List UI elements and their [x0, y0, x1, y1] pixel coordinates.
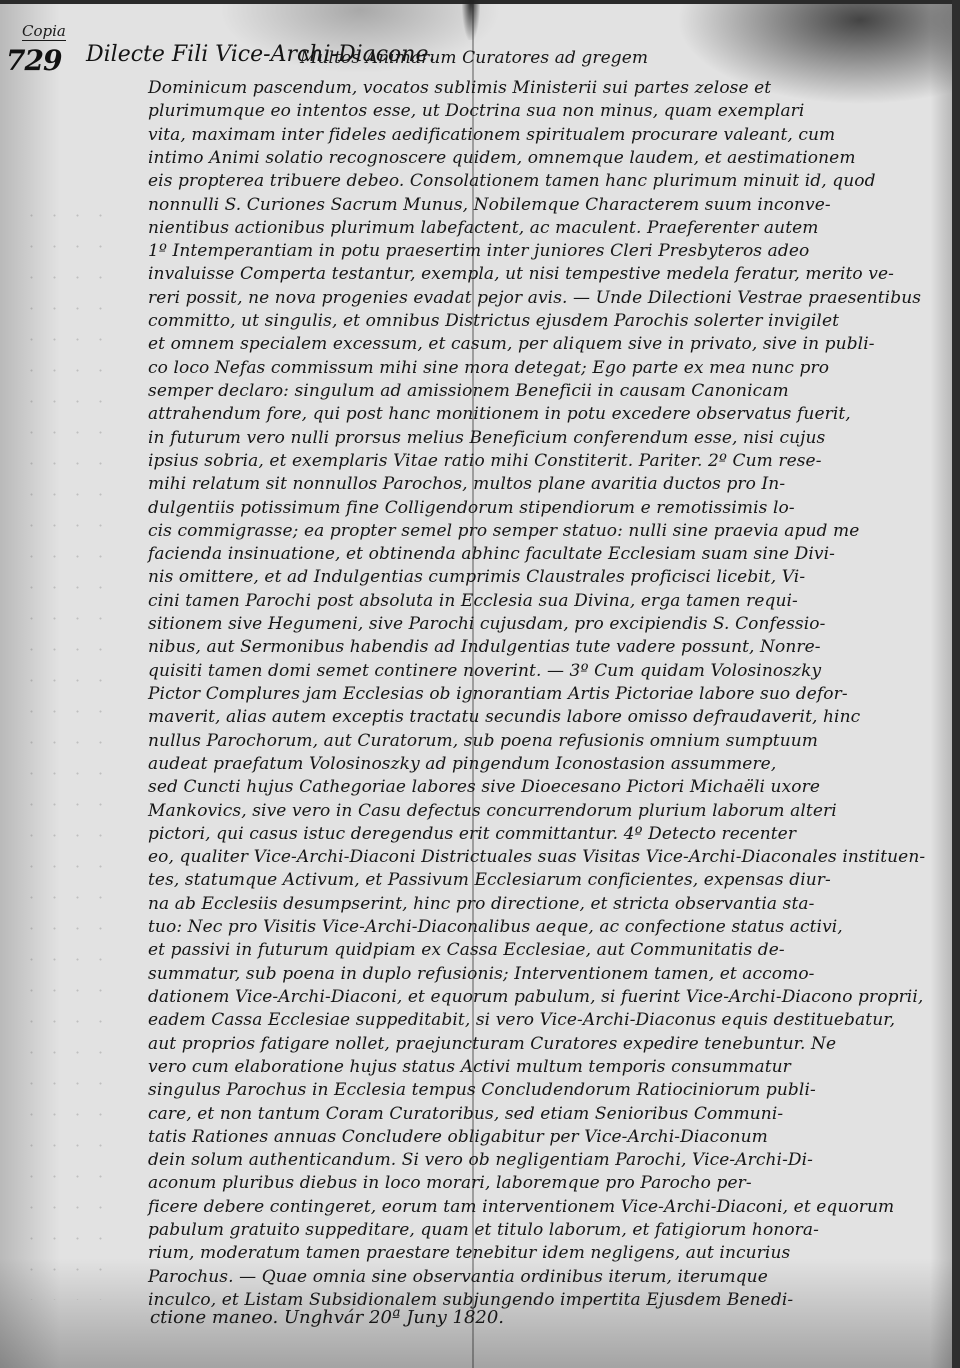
text-line: na ab Ecclesiis desumpserint, hinc pro d… [148, 894, 938, 914]
text-line: attrahendum fore, qui post hanc monition… [148, 404, 938, 424]
copia-label: Copia [22, 22, 66, 41]
manuscript-page: Copia 729 Dilecte Fili Vice-Archi-Diacon… [0, 0, 960, 1368]
text-line: ficere debere contingeret, eorum tam int… [148, 1197, 938, 1217]
closing-text: ctione maneo. Unghvár [150, 1307, 363, 1328]
text-line: tatis Rationes annuas Concludere obligab… [148, 1127, 938, 1147]
text-line: et passivi in futurum quidpiam ex Cassa … [148, 940, 938, 960]
closing-date: 20ª Juny 1820. [369, 1307, 504, 1328]
text-line: eadem Cassa Ecclesiae suppeditabit, si v… [148, 1010, 938, 1030]
closing-line: ctione maneo. Unghvár 20ª Juny 1820. [150, 1307, 504, 1328]
text-line: sed Cuncti hujus Cathegoriae labores siv… [148, 777, 938, 797]
text-line: committo, ut singulis, et omnibus Distri… [148, 311, 938, 331]
text-line: mihi relatum sit nonnullos Parochos, mul… [148, 474, 938, 494]
text-line: cini tamen Parochi post absoluta in Eccl… [148, 591, 938, 611]
text-line: in futurum vero nulli prorsus melius Ben… [148, 428, 938, 448]
text-line: nonnulli S. Curiones Sacrum Munus, Nobil… [148, 195, 938, 215]
text-line: reri possit, ne nova progenies evadat pe… [148, 288, 938, 308]
text-line: dationem Vice-Archi-Diaconi, et equorum … [148, 987, 938, 1007]
text-line: nibus, aut Sermonibus habendis ad Indulg… [148, 637, 938, 657]
document-number: 729 [6, 44, 61, 77]
text-line: pictori, qui casus istuc deregendus erit… [148, 824, 938, 844]
text-line: facienda insinuatione, et obtinenda abhi… [148, 544, 938, 564]
text-line: sitionem sive Hegumeni, sive Parochi cuj… [148, 614, 938, 634]
text-line: Mankovics, sive vero in Casu defectus co… [148, 801, 938, 821]
text-line: 1º Intemperantiam in potu praesertim int… [148, 241, 938, 261]
text-line: summatur, sub poena in duplo refusionis;… [148, 964, 938, 984]
text-line: co loco Nefas commissum mihi sine mora d… [148, 358, 938, 378]
text-line: cis commigrasse; ea propter semel pro se… [148, 521, 938, 541]
text-line: rium, moderatum tamen praestare tenebitu… [148, 1243, 938, 1263]
text-line: Pictor Complures jam Ecclesias ob ignora… [148, 684, 938, 704]
page-top-edge [0, 0, 960, 4]
text-line: Parochus. — Quae omnia sine observantia … [148, 1267, 938, 1287]
text-line: tuo: Nec pro Visitis Vice-Archi-Diaconal… [148, 917, 938, 937]
text-line: maverit, alias autem exceptis tractatu s… [148, 707, 938, 727]
text-line: singulus Parochus in Ecclesia tempus Con… [148, 1080, 938, 1100]
text-line: vita, maximam inter fideles aedification… [148, 125, 938, 145]
text-line: plurimumque eo intentos esse, ut Doctrin… [148, 101, 938, 121]
text-line: semper declaro: singulum ad amissionem B… [148, 381, 938, 401]
text-line: pabulum gratuito suppeditare, quam et ti… [148, 1220, 938, 1240]
text-line: vero cum elaboratione hujus status Activ… [148, 1057, 938, 1077]
text-line: aut proprios fatigare nollet, praejunctu… [148, 1034, 938, 1054]
text-line: Multos Animarum Curatores ad gregem [300, 48, 940, 68]
text-line: intimo Animi solatio recognoscere quidem… [148, 148, 938, 168]
text-line: nullus Parochorum, aut Curatorum, sub po… [148, 731, 938, 751]
text-line: invaluisse Comperta testantur, exempla, … [148, 264, 938, 284]
text-line: audeat praefatum Volosinoszky ad pingend… [148, 754, 938, 774]
text-line: ipsius sobria, et exemplaris Vitae ratio… [148, 451, 938, 471]
text-line: dulgentiis potissimum fine Colligendorum… [148, 498, 938, 518]
page-right-edge [952, 0, 960, 1368]
text-line: eo, qualiter Vice-Archi-Diaconi District… [148, 847, 938, 867]
text-line: et omnem specialem excessum, et casum, p… [148, 334, 938, 354]
text-line: dein solum authenticandum. Si vero ob ne… [148, 1150, 938, 1170]
text-line: Dominicum pascendum, vocatos sublimis Mi… [148, 78, 938, 98]
ink-blot [462, 0, 480, 40]
text-line: nis omittere, et ad Indulgentias cumprim… [148, 567, 938, 587]
text-line: quisiti tamen domi semet continere nover… [148, 661, 938, 681]
text-line: nientibus actionibus plurimum labefacten… [148, 218, 938, 238]
text-line: care, et non tantum Coram Curatoribus, s… [148, 1104, 938, 1124]
text-line: aconum pluribus diebus in loco morari, l… [148, 1173, 938, 1193]
paper-speckle [20, 200, 120, 1300]
text-line: tes, statumque Activum, et Passivum Eccl… [148, 870, 938, 890]
text-line: eis propterea tribuere debeo. Consolatio… [148, 171, 938, 191]
